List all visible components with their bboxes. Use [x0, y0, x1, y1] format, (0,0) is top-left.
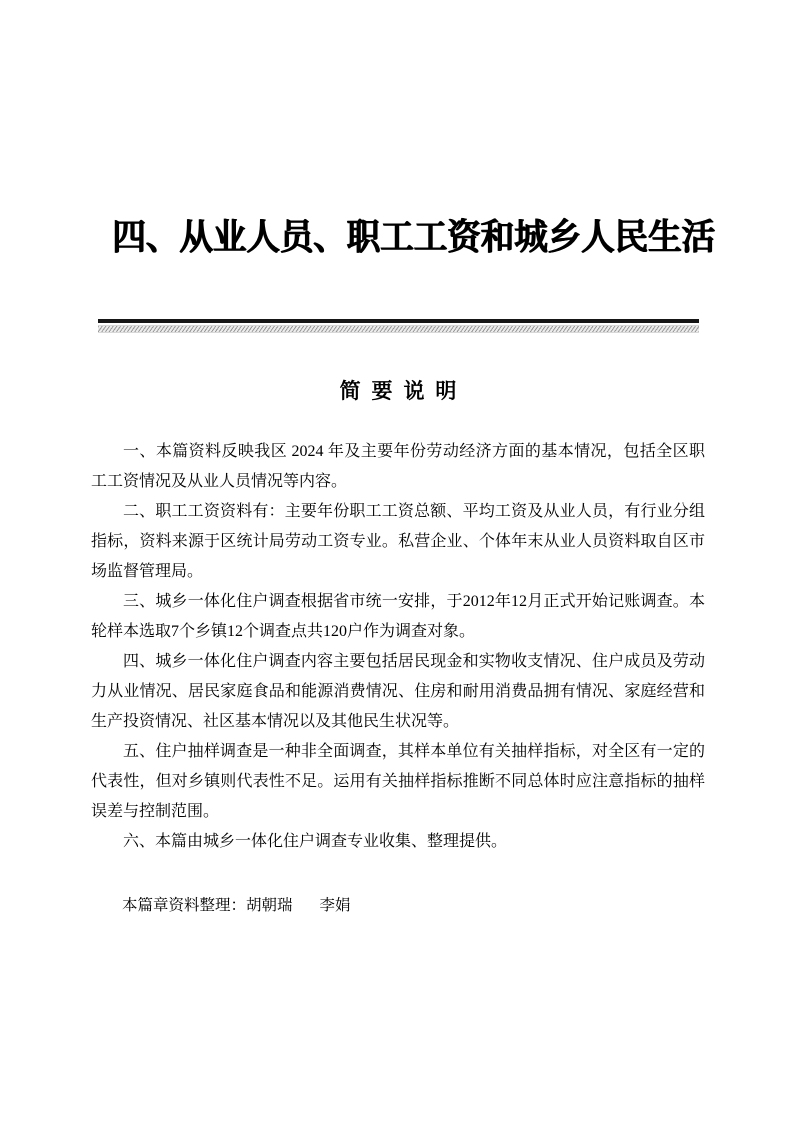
paragraph: 五、住户抽样调查是一种非全面调查，其样本单位有关抽样指标，对全区有一定的代表性，… — [91, 737, 705, 827]
divider-hatch-band — [98, 325, 699, 333]
paragraph: 四、城乡一体化住户调查内容主要包括居民现金和实物收支情况、住户成员及劳动力从业情… — [91, 647, 705, 737]
divider-thick-line — [98, 319, 699, 323]
paragraph: 六、本篇由城乡一体化住户调查专业收集、整理提供。 — [91, 827, 705, 857]
section-heading: 简要说明 — [91, 381, 705, 403]
section-divider — [98, 319, 699, 333]
credit-name: 胡朝瑞 — [246, 897, 293, 914]
document-page: 四、从业人员、职工工资和城乡人民生活 简要说明 一、本篇资料反映我区 2024 … — [0, 0, 793, 1122]
paragraph: 二、职工工资资料有：主要年份职工工资总额、平均工资及从业人员，有行业分组指标，资… — [91, 497, 705, 587]
chapter-title: 四、从业人员、职工工资和城乡人民生活 — [112, 0, 683, 255]
credit-label: 本篇章资料整理： — [122, 897, 246, 914]
credit-line: 本篇章资料整理：胡朝瑞李娟 — [91, 898, 705, 914]
paragraph: 三、城乡一体化住户调查根据省市统一安排，于2012年12月正式开始记账调查。本轮… — [91, 587, 705, 647]
intro-paragraphs: 一、本篇资料反映我区 2024 年及主要年份劳动经济方面的基本情况，包括全区职工… — [91, 437, 705, 857]
credit-name: 李娟 — [320, 897, 351, 914]
paragraph: 一、本篇资料反映我区 2024 年及主要年份劳动经济方面的基本情况，包括全区职工… — [91, 437, 705, 497]
